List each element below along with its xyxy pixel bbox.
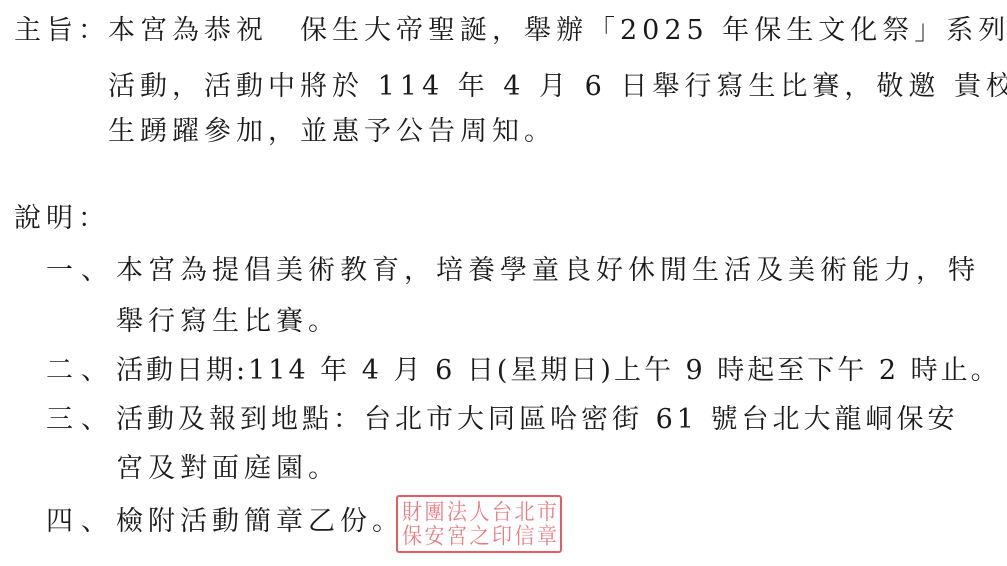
item-1-line-2: 舉行寫生比賽。 [116,305,340,339]
seal-char: 印 [492,523,511,549]
subject-label: 主旨： [14,14,110,48]
item-3-line-1: 活動及報到地點：台北市大同區哈密街 61 號台北大龍峒保安 [116,403,959,437]
seal-char: 章 [537,523,556,549]
item-3-number: 三、 [46,403,116,437]
item-4-number: 四、 [46,505,116,539]
item-3-line-2: 宮及對面庭園。 [116,452,340,486]
seal-char: 之 [470,523,489,549]
seal-char: 財 [402,499,421,525]
subject-line-1: 本宮為恭祝 保生大帝聖誕，舉辦「2025 年保生文化祭」系列 [108,14,1007,48]
subject-line-3: 生踴躍參加，並惠予公告周知。 [108,115,556,149]
item-2-number: 二、 [46,354,116,388]
seal-row-2: 保 安 宮 之 印 信 章 [402,524,556,548]
seal-char: 保 [402,523,421,549]
seal-char: 宮 [447,523,466,549]
item-2-line-1: 活動日期:114 年 4 月 6 日(星期日)上午 9 時起至下午 2 時止。 [116,354,1001,388]
item-4-line-1: 檢附活動簡章乙份。 [116,505,404,539]
seal-char: 人 [470,499,489,525]
seal-char: 安 [425,523,444,549]
official-seal-stamp: 財 團 法 人 台 北 市 保 安 宮 之 印 信 章 [396,495,562,553]
seal-char: 台 [492,499,511,525]
item-1-line-1: 本宮為提倡美術教育，培養學童良好休閒生活及美術能力，特 [116,254,980,288]
seal-char: 北 [515,499,534,525]
seal-char: 團 [425,499,444,525]
seal-row-1: 財 團 法 人 台 北 市 [402,500,556,524]
explanation-label: 說明： [14,202,110,236]
seal-char: 法 [447,499,466,525]
seal-char: 市 [537,499,556,525]
item-1-number: 一、 [46,254,116,288]
seal-char: 信 [515,523,534,549]
subject-line-2: 活動，活動中將於 114 年 4 月 6 日舉行寫生比賽，敬邀 貴校學 [108,70,1007,104]
